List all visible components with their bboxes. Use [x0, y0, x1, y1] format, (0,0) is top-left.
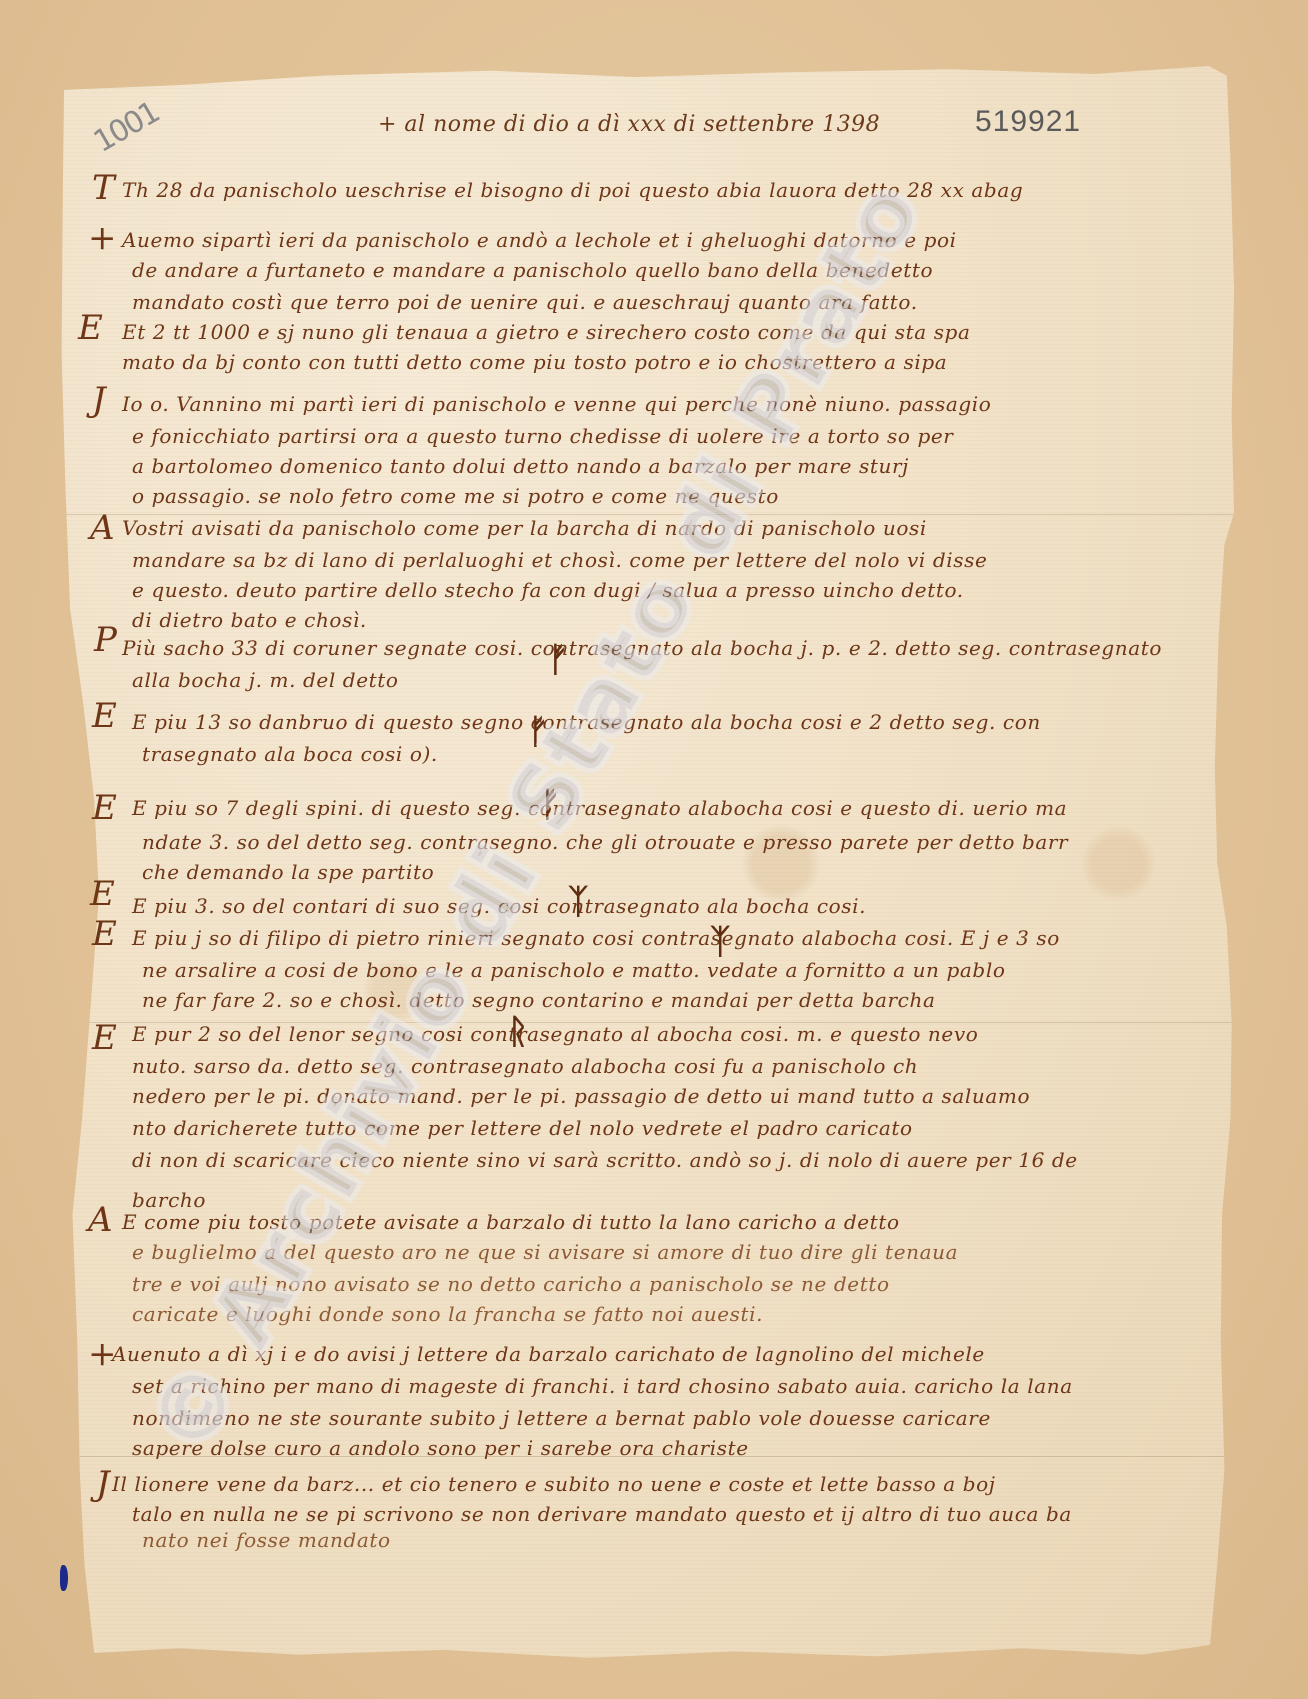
text-line: che demando la spe partito [142, 860, 434, 884]
margin-mark: E [92, 914, 117, 954]
text-line: Io o. Vannino mi partì ieri di panischol… [122, 392, 991, 416]
text-line: ndate 3. so del detto seg. contrasegno. … [142, 830, 1068, 854]
text-line: talo en nulla ne se pi scrivono se non d… [132, 1502, 1072, 1526]
text-line: mandare sa bz di lano di perlaluoghi et … [132, 548, 987, 572]
text-line: E pur 2 so del lenor segno cosi contrase… [132, 1022, 978, 1046]
margin-mark: J [96, 1464, 110, 1504]
text-line: di dietro bato e chosì. [132, 608, 367, 632]
margin-mark: E [92, 788, 117, 828]
letter-heading: + al nome di dio a dì xxx di settenbre 1… [378, 112, 880, 137]
text-line: trasegnato ala boca cosi o). [142, 742, 438, 766]
text-line: nedero per le pi. donato mand. per le pi… [132, 1084, 1030, 1108]
margin-mark: E [92, 1018, 117, 1058]
archive-number: 519921 [975, 105, 1081, 139]
text-line: barcho [132, 1188, 206, 1212]
blue-ink-mark [60, 1565, 68, 1591]
margin-mark: T [92, 168, 115, 208]
text-line: nato nei fosse mandato [142, 1528, 391, 1552]
text-line: e questo. deuto partire dello stecho fa … [132, 578, 964, 602]
margin-mark: + [88, 218, 117, 258]
margin-mark: E [78, 308, 103, 348]
margin-mark: E [90, 874, 115, 914]
margin-mark: E [92, 696, 117, 736]
text-line: nondimeno ne ste sourante subito j lette… [132, 1406, 991, 1430]
text-line: alla bocha j. m. del detto [132, 668, 399, 692]
margin-mark: J [92, 380, 106, 420]
text-line: set a richino per mano di mageste di fra… [132, 1374, 1073, 1398]
margin-mark: P [94, 620, 117, 660]
text-line: Il lionere vene da barz... et cio tenero… [112, 1472, 996, 1496]
text-line: nuto. sarso da. detto seg. contrasegnato… [132, 1054, 918, 1078]
margin-mark: A [90, 508, 115, 548]
text-line: ne arsalire a cosi de bono e le a panisc… [142, 958, 1005, 982]
margin-mark: A [88, 1200, 113, 1240]
text-line: ne far fare 2. so e chosì. detto segno c… [142, 988, 936, 1012]
text-line: nto daricherete tutto come per lettere d… [132, 1116, 913, 1140]
text-line: Vostri avisati da panischolo come per la… [122, 516, 927, 540]
text-line: e fonicchiato partirsi ora a questo turn… [132, 424, 953, 448]
text-line: E piu j so di filipo di pietro rinieri s… [132, 926, 1060, 950]
